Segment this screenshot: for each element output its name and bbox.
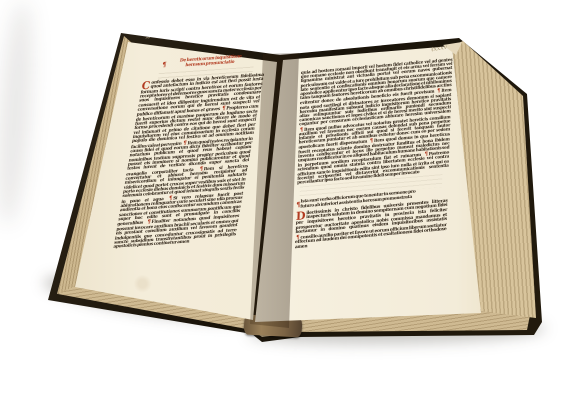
- book-shadow-fore-edge: [0, 0, 38, 227]
- right-page-body-text: quia ad hostem romani imperii vel hostem…: [297, 59, 452, 186]
- photo-of-open-antique-book: ¶ De hereticorum inquisitione heresum pr…: [0, 0, 570, 394]
- right-page-text-block: quia ad hostem romani imperii vel hostem…: [295, 59, 453, 251]
- handwritten-corner-mark: ~: [144, 34, 151, 43]
